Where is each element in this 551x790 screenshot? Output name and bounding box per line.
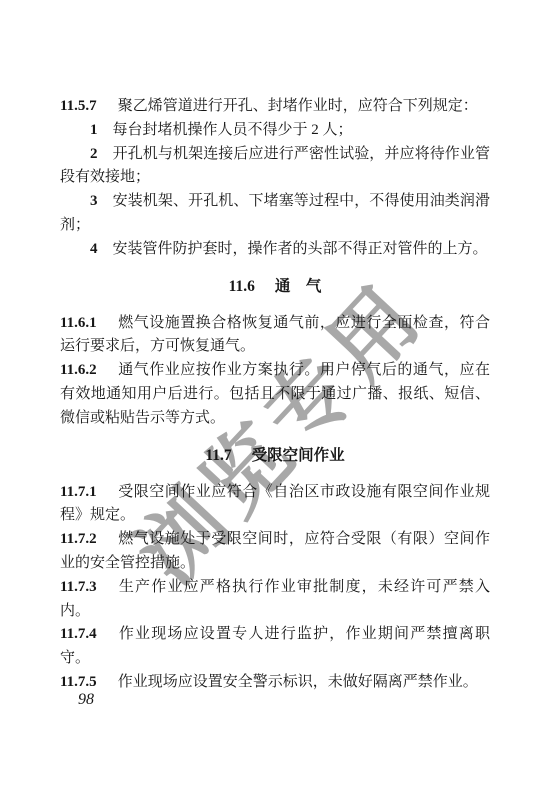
clause-number: 11.7.3 [60,579,97,595]
list-item-4: 4安装管件防护套时，操作者的头部不得正对管件的上方。 [60,238,490,262]
body-text: 安装机架、开孔机、下堵塞等过程中，不得使用油类润滑剂； [60,193,490,233]
section-heading-11.7: 11.7受限空间作业 [60,444,490,468]
body-text: 受限空间作业应符合《自治区市政设施有限空间作业规程》规定。 [60,484,490,524]
body-text: 燃气设施处于受限空间时，应符合受限（有限）空间作业的安全管控措施。 [60,531,490,571]
item-number: 4 [90,241,98,257]
clause-11.7.1: 11.7.1受限空间作业应符合《自治区市政设施有限空间作业规程》规定。 [60,481,490,529]
body-text: 开孔机与机架连接后应进行严密性试验，并应将待作业管段有效接地； [60,146,490,186]
clause-11.7.4: 11.7.4作业现场应设置专人进行监护，作业期间严禁擅离职守。 [60,623,490,671]
list-item-3: 3安装机架、开孔机、下堵塞等过程中，不得使用油类润滑剂； [60,190,490,238]
document-page: 浏览专用 11.5.7聚乙烯管道进行开孔、封堵作业时，应符合下列规定：1每台封堵… [0,0,551,790]
section-title: 受限空间作业 [252,447,345,464]
body-text: 聚乙烯管道进行开孔、封堵作业时，应符合下列规定： [118,98,478,114]
body-text: 每台封堵机操作人员不得少于 2 人； [113,122,353,138]
clause-11.5.7: 11.5.7聚乙烯管道进行开孔、封堵作业时，应符合下列规定： [60,95,490,119]
clause-11.7.3: 11.7.3生产作业应严格执行作业审批制度，未经许可严禁入内。 [60,576,490,624]
section-heading-11.6: 11.6通 气 [60,275,490,299]
document-content: 11.5.7聚乙烯管道进行开孔、封堵作业时，应符合下列规定：1每台封堵机操作人员… [60,95,490,695]
body-text: 作业现场应设置安全警示标识，未做好隔离严禁作业。 [118,674,478,690]
section-number: 11.6 [229,278,255,295]
clause-number: 11.7.5 [60,674,97,690]
body-text: 生产作业应严格执行作业审批制度，未经许可严禁入内。 [60,579,490,619]
section-number: 11.7 [205,447,231,464]
clause-number: 11.7.4 [60,626,97,642]
clause-11.7.2: 11.7.2燃气设施处于受限空间时，应符合受限（有限）空间作业的安全管控措施。 [60,528,490,576]
clause-number: 11.7.2 [60,531,97,547]
item-number: 2 [90,146,98,162]
section-title: 通 气 [275,278,322,295]
clause-number: 11.5.7 [60,98,97,114]
clause-number: 11.7.1 [60,484,97,500]
body-text: 燃气设施置换合格恢复通气前，应进行全面检查，符合运行要求后，方可恢复通气。 [60,315,490,355]
body-text: 安装管件防护套时，操作者的头部不得正对管件的上方。 [113,241,488,257]
clause-number: 11.6.1 [60,315,97,331]
body-text: 作业现场应设置专人进行监护，作业期间严禁擅离职守。 [60,626,490,666]
clause-11.7.5: 11.7.5作业现场应设置安全警示标识，未做好隔离严禁作业。 [60,671,490,695]
clause-number: 11.6.2 [60,362,97,378]
list-item-1: 1每台封堵机操作人员不得少于 2 人； [60,119,490,143]
item-number: 1 [90,122,98,138]
item-number: 3 [90,193,98,209]
list-item-2: 2开孔机与机架连接后应进行严密性试验，并应将待作业管段有效接地； [60,143,490,191]
page-number: 98 [78,691,94,709]
clause-11.6.1: 11.6.1燃气设施置换合格恢复通气前，应进行全面检查，符合运行要求后，方可恢复… [60,312,490,360]
clause-11.6.2: 11.6.2通气作业应按作业方案执行。用户停气后的通气，应在有效地通知用户后进行… [60,359,490,430]
body-text: 通气作业应按作业方案执行。用户停气后的通气，应在有效地通知用户后进行。包括且不限… [60,362,490,426]
